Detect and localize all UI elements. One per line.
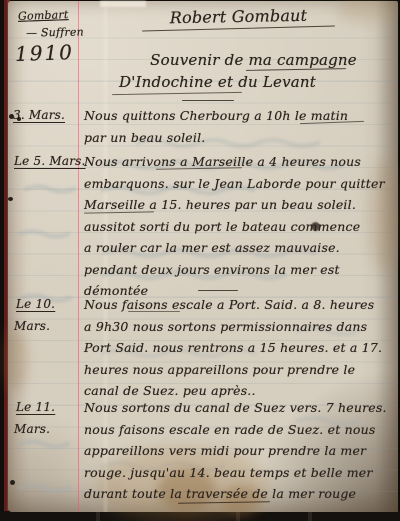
entry-line: Port Said. nous rentrons a 15 heures. et… — [84, 337, 382, 359]
ink-dot-left-3 — [8, 197, 13, 201]
entry-line: Nous faisons escale a Port. Said. a 8. h… — [84, 294, 382, 316]
entry-line: Nous sortons du canal de Suez vers. 7 he… — [84, 397, 387, 419]
stain-left-middle — [2, 329, 28, 391]
entry-line: rouge. jusqu'au 14. beau temps et belle … — [84, 462, 387, 484]
entry-date: Le 10. — [16, 294, 55, 316]
diary-page: Robert Gombaut Gombart — Suffren 1910 So… — [8, 1, 398, 512]
corner-note-name: Gombart — [18, 8, 69, 23]
entry-date-line2: Mars. — [14, 316, 50, 338]
entry-line: heures nous appareillons pour prendre le — [84, 359, 382, 381]
entry-line: nous faisons escale en rade de Suez. et … — [84, 419, 387, 441]
diary-title-line1: Souvenir de ma campagne — [136, 51, 371, 69]
entry-line: par un beau soleil. — [84, 127, 348, 149]
entry-line: embarquons. sur le Jean Laborde pour qui… — [84, 173, 385, 195]
entry-line: a rouler car la mer est assez mauvaise. — [84, 237, 385, 259]
entry-date-line2: Mars. — [14, 419, 50, 441]
title-divider-dash — [182, 100, 234, 101]
owner-signature: Robert Gombaut — [126, 5, 351, 28]
year-label: 1910 — [15, 40, 75, 66]
entry-date: Le 11. — [16, 397, 55, 419]
ink-dot-left-4 — [10, 480, 15, 485]
diary-title-line2: D'Indochine et du Levant — [90, 73, 345, 91]
corner-note-ship: — Suffren — [26, 25, 84, 39]
entry-line: pendant deux jours environs la mer est — [84, 259, 385, 281]
entry-line: aussitot sorti du port le bateau commenc… — [84, 216, 385, 238]
entry-date: 3. Mars. — [13, 105, 65, 127]
entry-date: Le 5. Mars. — [14, 151, 86, 173]
entry-line: Nous arrivons a Marseille a 4 heures nou… — [84, 151, 385, 173]
escale-underline — [128, 311, 180, 312]
entry-line: a 9h30 nous sortons permissionnaires dan… — [84, 316, 382, 338]
demontee-side-underline — [198, 290, 238, 291]
entry-line: appareillons vers midi pour prendre la m… — [84, 440, 387, 462]
diary-photo: Robert Gombaut Gombart — Suffren 1910 So… — [0, 0, 400, 521]
